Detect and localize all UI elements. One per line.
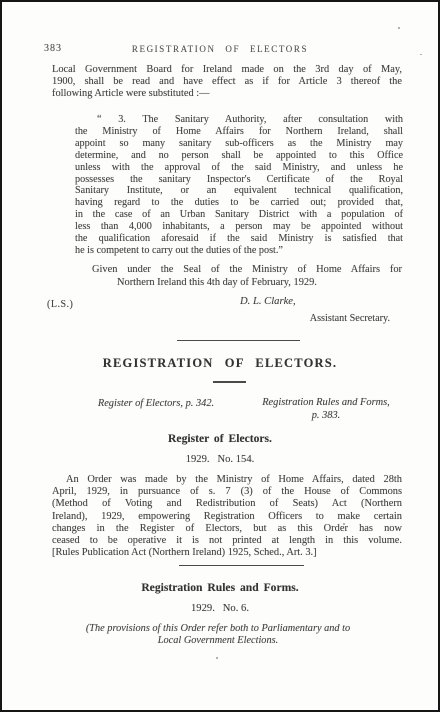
- cross-reference-right: Registration Rules and Forms, p. 383.: [254, 397, 398, 422]
- text-line: Local Government Board for Ireland made …: [52, 64, 402, 76]
- text-line: appoint so many sanitary sub-officers as…: [75, 138, 403, 150]
- section-title: REGISTRATION OF ELECTORS.: [2, 356, 438, 371]
- text-line: possesses the sanitary Inspector's Certi…: [75, 174, 403, 186]
- signature: D. L. Clarke,: [240, 296, 296, 307]
- text-line: Ireland), 1929, empowering Registration …: [52, 511, 402, 523]
- text-line: having regard to the duties to be carrie…: [75, 197, 403, 209]
- text-line: the qualification aforesaid if the said …: [75, 233, 403, 245]
- text-line: he is competent to carry out the duties …: [75, 245, 403, 257]
- scan-speck: [216, 657, 218, 659]
- cross-reference-left: Register of Electors, p. 342.: [58, 398, 254, 409]
- text-line: the Ministry of Home Affairs for Norther…: [75, 126, 403, 138]
- quoted-article: “ 3. The Sanitary Authority, after consu…: [75, 114, 403, 257]
- scan-speck: [420, 54, 422, 55]
- divider-rule: [213, 381, 246, 383]
- seal-mark: (L.S.): [47, 299, 73, 310]
- rules-note: (The provisions of this Order refer both…: [38, 623, 398, 648]
- text-line: Registration Rules and Forms,: [254, 397, 398, 410]
- text-line: changes in the Register of Electors, but…: [52, 523, 402, 535]
- text-line: p. 383.: [254, 410, 398, 423]
- text-line: [Rules Publication Act (Northern Ireland…: [52, 547, 402, 559]
- divider-rule: [177, 340, 300, 341]
- text-line: 1900, shall be read and have effect as i…: [52, 76, 402, 88]
- register-paragraph: An Order was made by the Ministry of Hom…: [52, 474, 402, 559]
- rules-number: 1929. No. 6.: [2, 603, 438, 614]
- text-line: following Article were substituted :—: [52, 88, 402, 100]
- text-line: (Method of Voting and Redistribution of …: [52, 498, 402, 510]
- text-line: less than 4,000 inhabitants, a person ma…: [75, 221, 403, 233]
- scan-speck: [398, 27, 400, 29]
- text-line: Given under the Seal of the Ministry of …: [52, 264, 402, 277]
- running-header: REGISTRATION OF ELECTORS: [2, 44, 438, 54]
- text-line: unless with the approval of the said Min…: [75, 162, 403, 174]
- text-line: ceased to be operative it is not printed…: [52, 535, 402, 547]
- text-line: Northern Ireland this 4th day of Februar…: [52, 277, 402, 290]
- scan-speck: [249, 198, 251, 199]
- text-line: determine, and no person shall be appoin…: [75, 150, 403, 162]
- register-number: 1929. No. 154.: [2, 454, 438, 465]
- text-line: “ 3. The Sanitary Authority, after consu…: [75, 114, 403, 126]
- text-line: (The provisions of this Order refer both…: [38, 623, 398, 635]
- text-line: Local Government Elections.: [38, 635, 398, 647]
- attestation-paragraph: Given under the Seal of the Ministry of …: [52, 264, 402, 289]
- scanned-page: 383 REGISTRATION OF ELECTORS Local Gover…: [0, 0, 440, 712]
- signatory-title: Assistant Secretary.: [310, 313, 390, 324]
- divider-rule: [179, 565, 304, 566]
- register-heading: Register of Electors.: [2, 432, 438, 445]
- text-line: Sanitary Institute, or an equivalent tec…: [75, 185, 403, 197]
- scan-speck: [343, 523, 345, 525]
- continuation-paragraph: Local Government Board for Ireland made …: [52, 64, 402, 101]
- text-line: April, 1929, in pursuance of s. 7 (3) of…: [52, 486, 402, 498]
- text-line: An Order was made by the Ministry of Hom…: [52, 474, 402, 486]
- text-line: in the case of an Urban Sanitary Distric…: [75, 209, 403, 221]
- rules-heading: Registration Rules and Forms.: [2, 581, 438, 594]
